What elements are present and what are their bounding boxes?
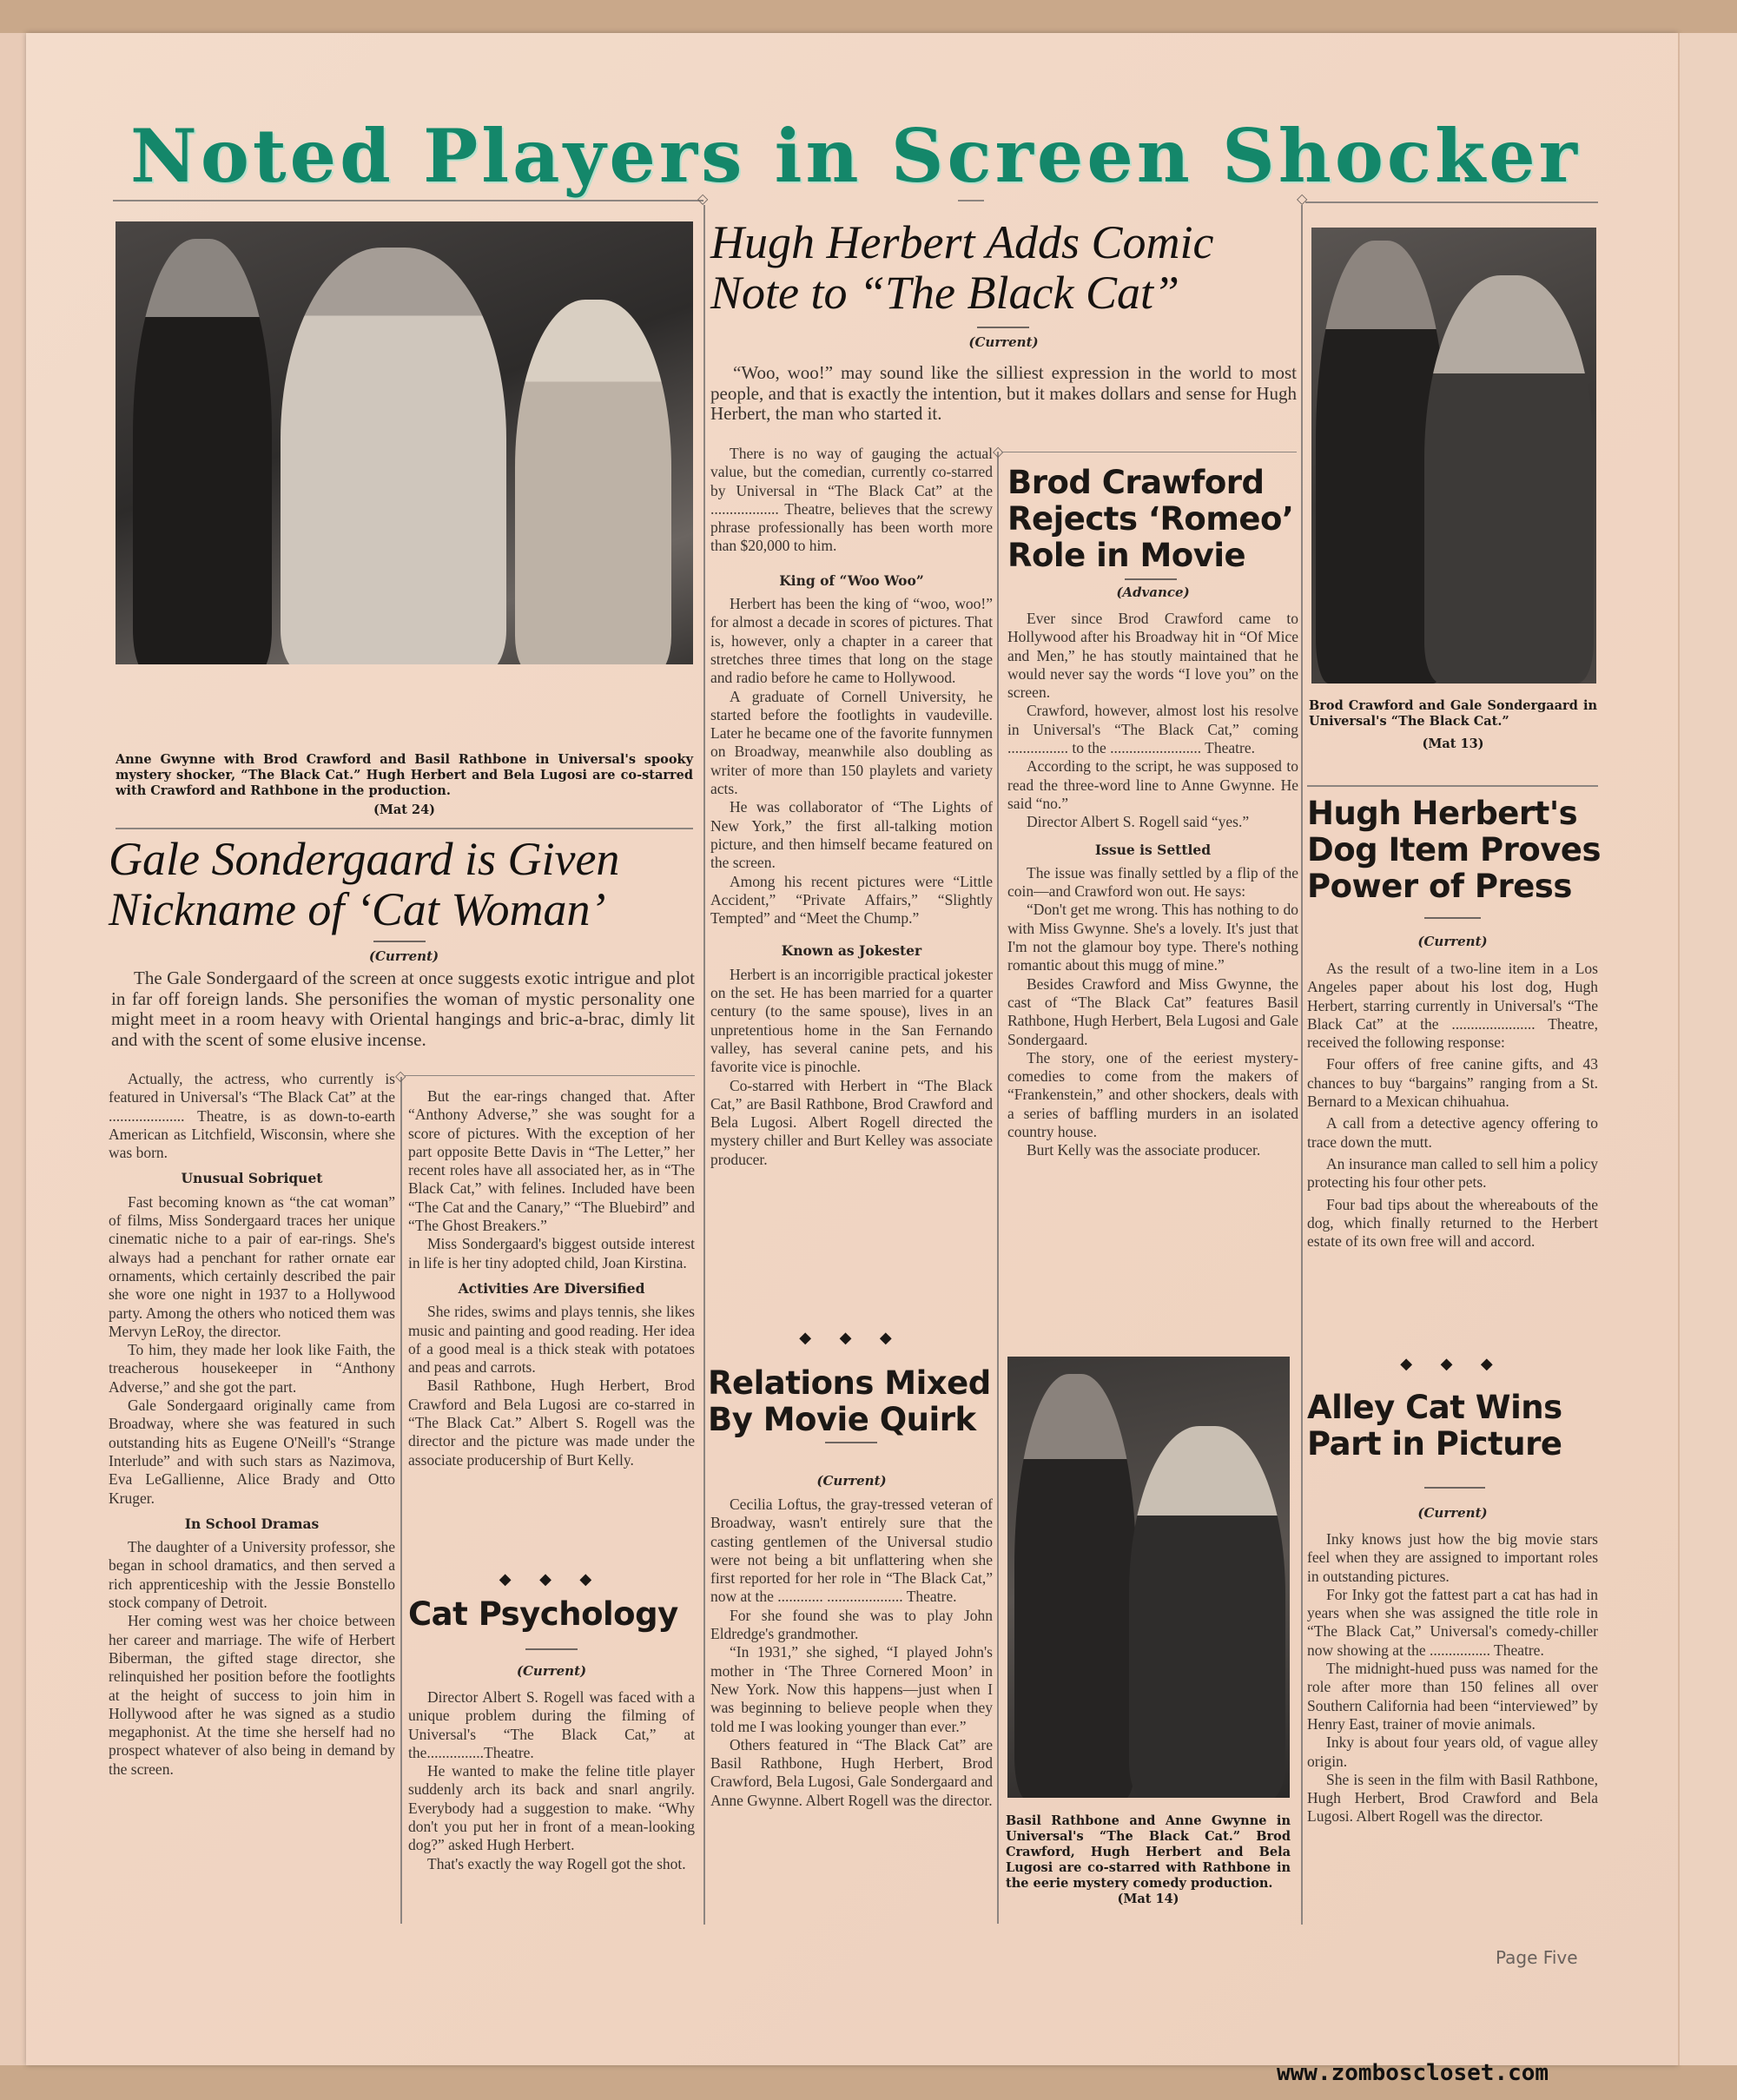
paragraph: For she found she was to play John Eldre… [710, 1607, 993, 1644]
herbert-lede: “Woo, woo!” may sound like the silliest … [710, 363, 1297, 425]
column-divider [997, 452, 999, 1924]
paragraph: Gale Sondergaard originally came from Br… [109, 1397, 395, 1508]
headline-line: Part in Picture [1307, 1426, 1602, 1463]
paragraph: Others featured in “The Black Cat” are B… [710, 1736, 993, 1810]
column-divider [1301, 205, 1303, 1925]
subhead: Known as Jokester [710, 941, 993, 960]
paragraph: Crawford, however, almost lost his resol… [1007, 702, 1298, 757]
paragraph: The Gale Sondergaard of the screen at on… [111, 968, 695, 1050]
paragraph: A graduate of Cornell University, he sta… [710, 688, 993, 799]
paragraph: A call from a detective agency offering … [1307, 1114, 1598, 1152]
paragraph: That's exactly the way Rogell got the sh… [408, 1855, 695, 1873]
photo-crawford-sondergaard [1311, 228, 1596, 683]
website-watermark: www.zomboscloset.com [1277, 2060, 1549, 2086]
paragraph: Miss Sondergaard's biggest outside inter… [408, 1235, 695, 1272]
figure-silhouette [1129, 1426, 1285, 1798]
separator-diamonds: ◆ ◆ ◆ [710, 1329, 993, 1347]
adjacent-page-edge [0, 33, 28, 2065]
cat-psychology-body: Director Albert S. Rogell was faced with… [408, 1688, 695, 1873]
paragraph: Among his recent pictures were “Little A… [710, 873, 993, 928]
short-rule [1424, 917, 1481, 919]
paragraph: Director Albert S. Rogell was faced with… [408, 1688, 695, 1762]
paragraph: “In 1931,” she sighed, “I played John's … [710, 1643, 993, 1735]
paragraph: “Woo, woo!” may sound like the silliest … [710, 363, 1297, 425]
figure-silhouette [281, 248, 506, 664]
paragraph: Herbert has been the king of “woo, woo!”… [710, 595, 993, 687]
paragraph: She is seen in the film with Basil Rathb… [1307, 1771, 1598, 1826]
photo-right-caption: Brod Crawford and Gale Sondergaard in Un… [1309, 698, 1597, 752]
paragraph: According to the script, he was supposed… [1007, 757, 1298, 813]
section-rule [1307, 785, 1598, 787]
page-number: Page Five [1496, 1947, 1578, 1968]
paragraph: Basil Rathbone, Hugh Herbert, Brod Crawf… [408, 1377, 695, 1469]
short-rule [1125, 578, 1177, 580]
figure-silhouette [133, 239, 272, 664]
short-rule [525, 1648, 578, 1650]
paragraph: The midnight-hued puss was named for the… [1307, 1660, 1598, 1733]
short-rule [1424, 1487, 1485, 1489]
top-rule-left [113, 200, 703, 201]
paragraph: Four offers of free canine gifts, and 43… [1307, 1055, 1598, 1111]
paragraph: Herbert is an incorrigible practical jok… [710, 966, 993, 1077]
column-divider [400, 1077, 402, 1924]
headline-line: Power of Press [1307, 868, 1602, 905]
edition-label: (Current) [1307, 1505, 1598, 1521]
paragraph: Four bad tips about the whereabouts of t… [1307, 1196, 1598, 1251]
ornament-diamond: ◇ [395, 1070, 406, 1084]
figure-silhouette [1424, 275, 1594, 683]
edition-label: (Current) [408, 1663, 695, 1679]
subhead: In School Dramas [109, 1515, 395, 1533]
subhead: Activities Are Diversified [408, 1279, 695, 1298]
adjacent-page-edge-right [1678, 33, 1737, 2065]
photo-main-caption: Anne Gwynne with Brod Crawford and Basil… [116, 752, 693, 818]
paragraph: Fast becoming known as “the cat woman” o… [109, 1193, 395, 1341]
sondergaard-lede: The Gale Sondergaard of the screen at on… [111, 968, 695, 1050]
headline-line: By Movie Quirk [708, 1402, 994, 1438]
section-rule [1001, 452, 1297, 452]
photo-rathbone-gwynne [1007, 1357, 1290, 1798]
paragraph: For Inky got the fattest part a cat has … [1307, 1586, 1598, 1660]
figure-silhouette [515, 300, 671, 664]
top-rule-right [1305, 201, 1598, 203]
headline-line: Role in Movie [1007, 538, 1298, 574]
cat-psychology-headline: Cat Psychology [408, 1596, 695, 1633]
mat-number: (Mat 14) [1006, 1892, 1291, 1907]
paragraph: As the result of a two-line item in a Lo… [1307, 960, 1598, 1052]
paragraph: He wanted to make the feline title playe… [408, 1762, 695, 1854]
separator-diamonds: ◆ ◆ ◆ [1307, 1355, 1598, 1373]
paragraph: The issue was finally settled by a flip … [1007, 864, 1298, 901]
section-rule [116, 828, 693, 829]
separator-diamonds: ◆ ◆ ◆ [408, 1570, 695, 1588]
edition-label: (Current) [1307, 934, 1598, 949]
photo-bottom-caption: Basil Rathbone and Anne Gwynne in Univer… [1006, 1813, 1291, 1907]
paragraph: Burt Kelly was the associate producer. [1007, 1141, 1298, 1159]
headline-line: Brod Crawford [1007, 465, 1298, 501]
paragraph: The daughter of a University professor, … [109, 1538, 395, 1612]
short-rule [977, 327, 1029, 328]
edition-label: (Current) [113, 948, 695, 964]
sondergaard-headline: Gale Sondergaard is Given Nickname of ‘C… [109, 834, 699, 934]
paragraph: He was collaborator of “The Lights of Ne… [710, 798, 993, 872]
alley-cat-body: Inky knows just how the big movie stars … [1307, 1530, 1598, 1826]
headline-line: Alley Cat Wins [1307, 1390, 1602, 1426]
paragraph: Co-starred with Herbert in “The Black Ca… [710, 1077, 993, 1169]
figure-silhouette [1014, 1374, 1136, 1798]
paragraph: Besides Crawford and Miss Gwynne, the ca… [1007, 975, 1298, 1049]
ornament-diamond: ◇ [993, 446, 1003, 459]
paragraph: An insurance man called to sell him a po… [1307, 1155, 1598, 1192]
short-rule [825, 1442, 877, 1443]
paragraph: Cecilia Loftus, the gray-tressed veteran… [710, 1496, 993, 1607]
edition-label: (Advance) [1007, 584, 1298, 600]
edition-label: (Current) [710, 334, 1297, 350]
paragraph: There is no way of gauging the actual va… [710, 445, 993, 556]
section-rule [404, 1075, 695, 1076]
headline-line: Relations Mixed [708, 1365, 994, 1402]
headline-line: Nickname of ‘Cat Woman’ [109, 884, 699, 934]
dog-headline: Hugh Herbert's Dog Item Proves Power of … [1307, 796, 1602, 905]
photo-main-cast-still [116, 221, 693, 664]
headline-line: Rejects ‘Romeo’ [1007, 501, 1298, 538]
alley-cat-headline: Alley Cat Wins Part in Picture [1307, 1390, 1602, 1463]
top-rule-mid [958, 200, 984, 201]
paragraph: “Don't get me wrong. This has nothing to… [1007, 901, 1298, 974]
paragraph: Ever since Brod Crawford came to Hollywo… [1007, 610, 1298, 702]
edition-label: (Current) [710, 1473, 993, 1489]
caption-text: Anne Gwynne with Brod Crawford and Basil… [116, 752, 693, 798]
subhead: King of “Woo Woo” [710, 571, 993, 590]
caption-text: Brod Crawford and Gale Sondergaard in Un… [1309, 698, 1597, 729]
herbert-headline: Hugh Herbert Adds Comic Note to “The Bla… [710, 217, 1301, 318]
column-divider [703, 205, 705, 1925]
caption-text: Basil Rathbone and Anne Gwynne in Univer… [1006, 1813, 1291, 1891]
paragraph: But the ear-rings changed that. After “A… [408, 1087, 695, 1235]
subhead: Issue is Settled [1007, 841, 1298, 859]
dog-body: As the result of a two-line item in a Lo… [1307, 960, 1598, 1251]
sondergaard-column-1: Actually, the actress, who currently is … [109, 1070, 395, 1779]
paragraph: Inky knows just how the big movie stars … [1307, 1530, 1598, 1586]
paragraph: She rides, swims and plays tennis, she l… [408, 1303, 695, 1377]
relations-body: Cecilia Loftus, the gray-tressed veteran… [710, 1496, 993, 1810]
relations-headline: Relations Mixed By Movie Quirk [708, 1365, 994, 1438]
headline-line: Hugh Herbert Adds Comic [710, 217, 1301, 267]
crawford-headline: Brod Crawford Rejects ‘Romeo’ Role in Mo… [1007, 465, 1298, 574]
mat-number: (Mat 24) [116, 802, 693, 818]
crawford-body: Ever since Brod Crawford came to Hollywo… [1007, 610, 1298, 1160]
paragraph: Actually, the actress, who currently is … [109, 1070, 395, 1162]
headline-line: Gale Sondergaard is Given [109, 834, 699, 884]
headline-line: Hugh Herbert's [1307, 796, 1602, 832]
paragraph: The story, one of the eeriest mystery-co… [1007, 1049, 1298, 1141]
paragraph: Inky is about four years old, of vague a… [1307, 1733, 1598, 1771]
sondergaard-column-2: But the ear-rings changed that. After “A… [408, 1087, 695, 1469]
paragraph: Her coming west was her choice between h… [109, 1612, 395, 1779]
paragraph: Director Albert S. Rogell said “yes.” [1007, 813, 1298, 831]
herbert-body: There is no way of gauging the actual va… [710, 445, 993, 1169]
headline-line: Note to “The Black Cat” [710, 267, 1301, 318]
mat-number: (Mat 13) [1309, 736, 1597, 752]
paragraph: To him, they made her look like Faith, t… [109, 1341, 395, 1397]
short-rule [373, 941, 426, 942]
masthead-title: Noted Players in Screen Shocker [113, 113, 1598, 199]
headline-line: Dog Item Proves [1307, 832, 1602, 868]
subhead: Unusual Sobriquet [109, 1169, 395, 1187]
